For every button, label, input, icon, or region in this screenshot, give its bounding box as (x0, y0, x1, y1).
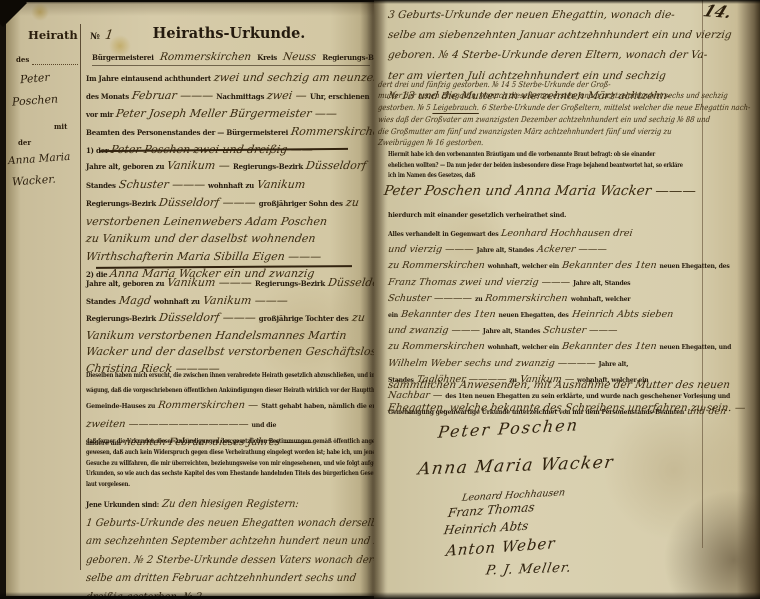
printed-text: neuen Ehegatten, des (499, 312, 569, 319)
form-line: zu Vanikum und der daselbst wohnenden (86, 229, 372, 247)
printed-text: wägung, daß die vorgeschriebenen öffentl… (86, 387, 374, 394)
form-line: und zwanzig ———Jahre alt, StandesSchuste… (388, 322, 720, 338)
form-line: Franz Thomas zwei und vierzig ———Jahre a… (388, 274, 720, 290)
form-line: und vierzig ———Jahre alt, StandesAckerer… (388, 241, 720, 257)
left-page: Heirath des Peter Poschen mit der Anna M… (6, 2, 374, 596)
handwritten-text: Ackerer ——— (536, 244, 608, 256)
handwritten-line: mutter der neuen Ehegattin, wonach diese… (378, 90, 698, 101)
married-declaration-line: hierdurch mit einander gesetzlich verhei… (388, 211, 720, 219)
form-line: Jahre alt, geboren zuVanikum ———Regierun… (86, 274, 372, 292)
form-line: 1 Geburts-Urkunde des neuen Ehegatten wo… (86, 513, 358, 532)
form-line: StandesSchuster ———wohnhaft zuVanikum (86, 175, 372, 194)
margin-bride-first-name: Anna Maria (8, 151, 71, 167)
no-label: № (90, 32, 100, 42)
marriage-register-scan: Heirath des Peter Poschen mit der Anna M… (0, 0, 760, 599)
printed-line: Hiermit habe ich den vorbenannten Bräuti… (388, 150, 660, 161)
handwritten-text: Zu den hiesigen Registern: (161, 497, 300, 513)
printed-text: neuen Ehegatten, und (660, 344, 732, 351)
handwritten-text: Peter Joseph Meller Bürgermeister —— (115, 106, 338, 121)
printed-text: Kreis (257, 53, 277, 62)
handwritten-text: die Großmutter am fünf und zwanzigsten M… (377, 126, 672, 137)
handwritten-text: Leonhard Hochhausen drei (501, 228, 634, 240)
handwritten-text: zu (345, 195, 360, 211)
printed-text: Alles verhandelt in Gegenwart des (388, 231, 498, 238)
record-number: № 1 (90, 28, 117, 43)
printed-text: großjährige Tochter des (259, 314, 349, 323)
printed-line: ehelichen wollten? — Da nun jeder der be… (388, 161, 660, 172)
printed-text: wohnhaft zu (154, 297, 200, 306)
handwritten-text: zu Rommerskirchen (387, 341, 485, 353)
underlined-handwritten-text: Leigebrauch. (432, 102, 480, 114)
handwritten-text: Vanikum (256, 177, 306, 193)
couple-names-line: Peter Poschen und Anna Maria Wacker ——— (384, 183, 724, 199)
handwritten-line: Zweibrüggen № 16 gestorben. (378, 137, 698, 148)
handwritten-text: Franz Thomas zwei und vierzig ——— (387, 277, 571, 289)
form-line: zu Rommerskirchenwohnhaft, welcher einBe… (388, 257, 720, 273)
margin-groom-first-name: Peter (19, 71, 50, 87)
handwritten-line: wies daß der Großvater am zwanzigsten De… (378, 114, 698, 125)
form-line: Alles verhandelt in Gegenwart desLeonhar… (388, 225, 720, 241)
form-line: Regierungs-BezirkDüsseldorf ———großjähri… (86, 193, 372, 212)
handwritten-text: Bekannter des 1ten (400, 309, 496, 321)
signature-bride: Anna Maria Wacker (417, 453, 616, 480)
margin-mit-label: mit (54, 122, 67, 131)
printed-text: Standes (86, 181, 116, 190)
form-line: Jene Urkunden sind:Zu den hiesigen Regis… (86, 494, 358, 513)
documents-list: Jene Urkunden sind:Zu den hiesigen Regis… (86, 494, 372, 596)
printed-line: Urkunden, so wie auch das sechste Kapite… (86, 469, 326, 480)
printed-text: vor mir (86, 110, 113, 119)
handwritten-text: Schuster ——— (118, 177, 206, 193)
printed-text: Gemeinde-Hauses zu (86, 403, 155, 410)
handwritten-line: sämmtlichen Anwesenden, mit Ausnahme der… (387, 375, 732, 396)
margin-der-label: der (18, 138, 31, 147)
right-page: 14. 3 Geburts-Urkunde der neuen Ehegatti… (374, 0, 760, 599)
handwritten-text: Rommerskirchen — (157, 399, 259, 414)
page-title: Heiraths-Urkunde. (126, 25, 332, 42)
handwritten-text: Rommerskirchen (485, 293, 569, 305)
form-line: Wilhelm Weber sechs und zwanzig ————Jahr… (388, 355, 720, 371)
form-line: vor mirPeter Joseph Meller Bürgermeister… (86, 104, 372, 122)
printed-text: wohnhaft, welcher ein (488, 263, 559, 270)
printed-text: Jahre alt, (599, 361, 629, 368)
printed-text: wohnhaft, welcher (571, 296, 631, 303)
handwritten-text: zu Rommerskirchen (387, 260, 485, 272)
handwritten-text: Wirthschafterin Maria Sibilla Eigen ——— (85, 249, 322, 265)
printed-text: Jahre alt, Standes (483, 328, 540, 335)
printed-text: Regierungs-Bezirk (233, 162, 303, 171)
printed-text: Jene Urkunden sind: (86, 500, 159, 509)
handwritten-text: Schuster ———— (387, 293, 473, 305)
printed-text: Jahre alt, geboren zu (86, 162, 164, 171)
handwritten-text: Peter Poschen und Anna Maria Wacker ——— (383, 183, 697, 199)
book-gutter-shadow (360, 0, 388, 599)
printed-text: ein (388, 312, 398, 319)
printed-text: Nachmittags (216, 92, 264, 101)
handwritten-text: Rommerskirchen (159, 51, 252, 63)
handwritten-text: Schuster ——— (542, 325, 618, 337)
form-line: StandesMagdwohnhaft zuVanikum ——— (86, 292, 372, 310)
handwritten-text: Vanikum ——— (202, 294, 289, 309)
printed-line: Dieselben haben mich ersucht, die zwisch… (86, 366, 326, 381)
printed-text: wohnhaft zu (208, 181, 254, 190)
handwritten-line: gestorben. № 5Leigebrauch.6 Sterbe-Urkun… (378, 102, 698, 114)
printed-text: Bürgermeisterei (92, 53, 154, 62)
handwritten-text: zwei — (266, 88, 308, 103)
handwritten-line: dert drei und fünfzig gestorben. № 14 5 … (378, 79, 698, 90)
handwritten-text: Düsseldorf ——— (158, 195, 257, 211)
handwritten-line: geboren. № 4 Sterbe-Urkunde deren Eltern… (387, 48, 708, 63)
printed-line: gewesen, daß auch kein Widerspruch gegen… (86, 448, 326, 459)
printed-line: daß ferner die Urkunden dieser Ankündigu… (86, 437, 326, 448)
handwritten-line: die Großmutter am fünf und zwanzigsten M… (378, 126, 698, 137)
handwritten-text: Vanikum ——— (166, 276, 253, 291)
form-line: verstorbenen Leinenwebers Adam Poschen (86, 212, 372, 230)
form-line: Regierungs-BezirkDüsseldorf ———großjähri… (86, 309, 372, 327)
marriage-question-paragraph: Hiermit habe ich den vorbenannten Bräuti… (388, 150, 720, 182)
printed-line: wägung, daß die vorgeschriebenen öffentl… (86, 381, 326, 396)
handwritten-text: geboren. № 2 Sterbe-Urkunde dessen Vater… (85, 553, 374, 569)
handwritten-text: Neuss (282, 51, 317, 63)
handwritten-line: 3 Geburts-Urkunde der neuen Ehegattin, w… (387, 8, 676, 23)
printed-text: zu (475, 296, 483, 303)
printed-line: laut vorgelesen. (86, 480, 326, 491)
form-line: einBekannter des 1tenneuen Ehegatten, de… (388, 306, 720, 322)
printed-line: ich im Namen des Gesetzes, daß (388, 171, 660, 182)
handwritten-text: Vanikum — (166, 158, 231, 174)
form-line: Gemeinde-Hauses zuRommerskirchen —Statt … (86, 396, 372, 415)
printed-text: hierdurch mit einander gesetzlich verhei… (388, 211, 566, 219)
form-line: Wirthschafterin Maria Sibilla Eigen ——— (86, 247, 372, 265)
signature-witness-3: Heinrich Abts (443, 519, 529, 538)
handwritten-text: 6 Sterbe-Urkunde der Großeltern, mittels… (481, 102, 751, 113)
handwritten-text: wies daß der Großvater am zwanzigsten De… (377, 114, 710, 125)
form-line: Wacker und der daselbst verstorbenen Ges… (86, 343, 372, 360)
printed-text: Jahre alt, geboren zu (86, 279, 164, 288)
signature-witness-4: Anton Weber (445, 534, 556, 560)
margin-heirath-label: Heirath (28, 28, 78, 42)
handwritten-text: mutter der neuen Ehegattin, wonach diese… (377, 90, 728, 101)
margin-divider-rule (80, 24, 81, 570)
bride-details: Jahre alt, geboren zuVanikum ———Regierun… (86, 274, 372, 376)
form-line: Beamten des Personenstandes der — Bürger… (86, 122, 372, 140)
handwritten-text: zwei und sechzig am neunzehnten (213, 70, 374, 85)
form-line: zu Rommerskirchenwohnhaft, welcher einBe… (388, 338, 720, 354)
printed-text: des Monats (86, 92, 129, 101)
printed-text: und die (252, 422, 277, 429)
printed-text: Beamten des Personenstandes der — Bürger… (86, 128, 288, 137)
handwritten-text: 1 Geburts-Urkunde des neuen Ehegatten wo… (85, 516, 374, 532)
printed-text: Regierungs-Bezirk (255, 279, 325, 288)
intro-paragraph: Im Jahre eintausend achthundertzwei und … (86, 68, 372, 158)
printed-line: Gesuche zu willfahren, die mir überreich… (86, 459, 326, 470)
form-line: Schuster ————zuRommerskirchenwohnhaft, w… (388, 290, 720, 306)
printed-text: Dieselben haben mich ersucht, die zwisch… (86, 372, 374, 379)
form-line: zweiten ————————————und die (86, 415, 372, 434)
handwritten-text: Februar ——— (131, 88, 214, 103)
form-line: selbe am dritten Februar achtzehnhundert… (86, 568, 358, 587)
handwritten-text: Vanikum verstorbenen Handelsmannes Marti… (85, 329, 347, 344)
form-line: Jahre alt, geboren zuVanikum —Regierungs… (86, 156, 372, 175)
form-line: am sechzehnten September achtzehn hunder… (86, 531, 358, 550)
printed-text: Jahre alt, Standes (573, 280, 630, 287)
handwritten-text: verstorbenen Leinenwebers Adam Poschen (85, 214, 328, 230)
certificates-addendum: dert drei und fünfzig gestorben. № 14 5 … (378, 79, 750, 148)
handwritten-text: Wacker und der daselbst verstorbenen Ges… (85, 345, 374, 360)
printed-text: wohnhaft, welcher ein (488, 344, 559, 351)
bottom-edge-shadow (0, 592, 760, 599)
handwritten-text: selbe am dritten Februar achtzehnhundert… (85, 571, 357, 587)
printed-text: großjähriger Sohn des (259, 199, 343, 208)
handwritten-text: dert drei und fünfzig gestorben. № 14 5 … (377, 79, 611, 90)
margin-des-label: des (16, 55, 29, 64)
form-line: Vanikum verstorbenen Handelsmannes Marti… (86, 327, 372, 344)
margin-dotted-line (32, 64, 78, 65)
printed-text: Jahre alt, Standes (477, 247, 534, 254)
printed-text: Regierungs-Bezirk (86, 199, 156, 208)
top-edge-shadow (0, 0, 760, 4)
handwritten-text: Magd (118, 294, 152, 309)
margin-bride-last-name: Wacker. (12, 172, 57, 188)
closing-paragraph: sämmtlichen Anwesenden, mit Ausnahme der… (388, 373, 720, 419)
printed-text: Statt gehabt haben, nämlich die erste am (261, 403, 374, 410)
printed-text: neuen Ehegatten, des (660, 263, 730, 270)
handwritten-text: Düsseldorf ——— (158, 311, 257, 326)
handwritten-text: Bekannter des 1ten (561, 341, 657, 353)
handwritten-text: und vierzig ——— (387, 244, 474, 256)
handwritten-text: zu Vanikum und der daselbst wohnenden (85, 231, 317, 247)
handwritten-text: Zweibrüggen № 16 gestorben. (377, 137, 484, 148)
groom-details: Jahre alt, geboren zuVanikum —Regierungs… (86, 156, 372, 283)
form-line: geboren. № 2 Sterbe-Urkunde dessen Vater… (86, 550, 358, 569)
form-line: des MonatsFebruar ———Nachmittagszwei —Uh… (86, 86, 372, 104)
handwritten-text: zweiten ———————————— (85, 418, 250, 433)
legal-paragraph: daß ferner die Urkunden dieser Ankündigu… (86, 437, 372, 491)
printed-text: Regierungs-Bezirk (86, 314, 156, 323)
handwritten-text: Wilhelm Weber sechs und zwanzig ———— (387, 358, 596, 370)
margin-groom-last-name: Poschen (12, 92, 59, 108)
handwritten-line: selbe am siebenzehnten Januar achtzehnhu… (387, 28, 733, 43)
handwritten-text: am sechzehnten September achtzehn hunder… (85, 534, 374, 550)
printed-text: Standes (86, 297, 116, 306)
handwritten-text: Düsseldorf (305, 158, 367, 174)
admin-district-row: Bürgermeisterei Rommerskirchen Kreis Neu… (92, 51, 370, 66)
printed-text: Im Jahre eintausend achthundert (86, 74, 211, 83)
handwritten-text: Heinrich Abts sieben (571, 309, 674, 321)
no-value: 1 (104, 28, 114, 43)
handwritten-text: Bekannter des 1ten (561, 260, 657, 272)
signature-registrar: P. J. Meller. (485, 560, 573, 578)
form-line: Im Jahre eintausend achthundertzwei und … (86, 68, 372, 86)
handwritten-text: und zwanzig ——— (387, 325, 481, 337)
